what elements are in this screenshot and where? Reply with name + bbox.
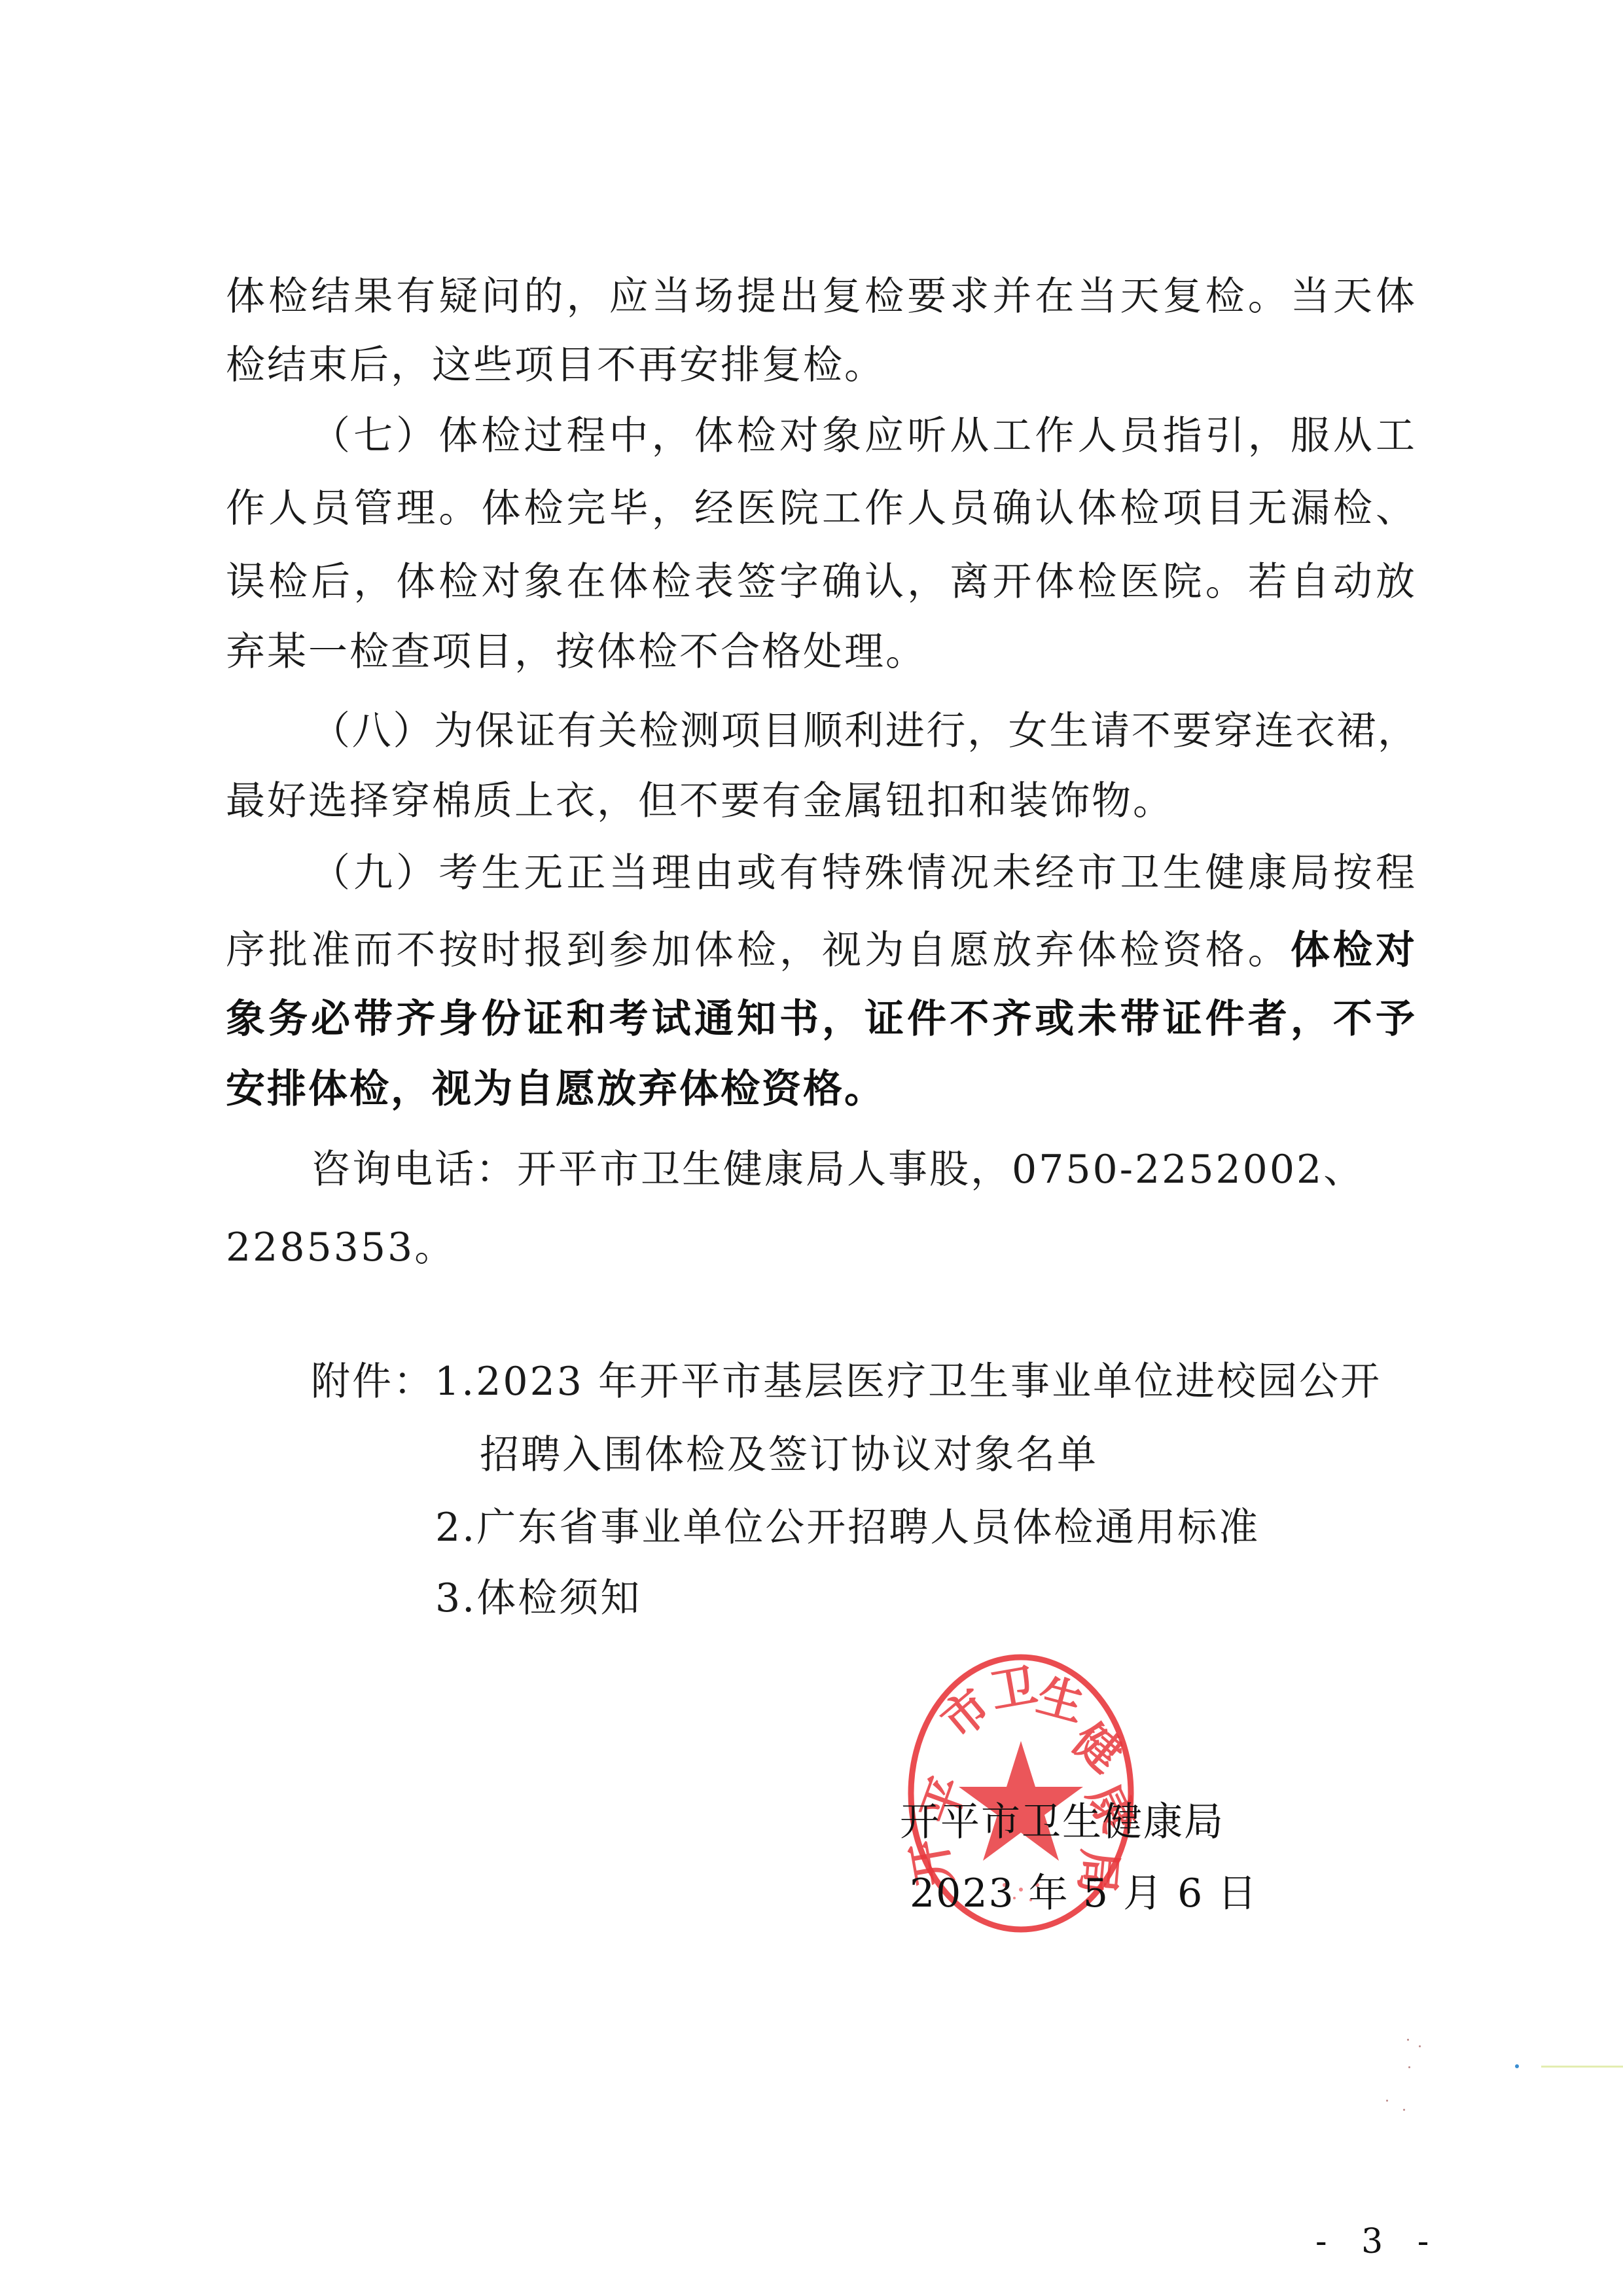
item-8-line: 最好选择穿棉质上衣，但不要有金属钮扣和装饰物。: [226, 765, 1174, 837]
scan-speck: [1403, 2109, 1405, 2111]
attachment-item-1: 附件：1.2023 年开平市基层医疗卫生事业单位进校园公开: [311, 1346, 1382, 1418]
svg-text:卫: 卫: [987, 1659, 1041, 1719]
item-8-line: （八）为保证有关检测项目顺利进行，女生请不要穿连衣裙，: [311, 695, 1417, 767]
item-7-line: 误检后，体检对象在体检表签字确认，离开体检医院。若自动放: [226, 546, 1417, 618]
scan-speck: [1419, 2045, 1421, 2047]
scan-artifact-line: [1541, 2066, 1623, 2068]
attachment-item-3: 3.体检须知: [435, 1562, 641, 1634]
item-7-line: 弃某一检查项目，按体检不合格处理。: [226, 616, 927, 688]
paragraph-line: 检结束后，这些项目不再安排复检。: [226, 329, 885, 401]
attachment-number: 1.: [435, 1359, 476, 1405]
item-9-line: 序批准而不按时报到参加体检，视为自愿放弃体检资格。体检对: [226, 914, 1417, 986]
scan-artifact-dot: [1515, 2064, 1519, 2068]
item-9-normal-text: 序批准而不按时报到参加体检，视为自愿放弃体检资格。: [226, 927, 1291, 973]
svg-text:健: 健: [1062, 1712, 1132, 1783]
contact-line: 咨询电话：开平市卫生健康局人事股，0750-2252002、: [311, 1134, 1364, 1206]
issue-date: 2023 年 5 月 6 日: [910, 1857, 1258, 1929]
contact-line: 2285353。: [226, 1211, 455, 1283]
scan-speck: [1408, 2066, 1410, 2068]
svg-text:市: 市: [931, 1679, 1001, 1749]
scan-speck: [1386, 2100, 1388, 2102]
attachment-title: 2023 年开平市基层医疗卫生事业单位进校园公开: [476, 1359, 1382, 1405]
item-9-bold-line: 安排体检，视为自愿放弃体检资格。: [226, 1053, 885, 1125]
attachment-number: 2.: [435, 1505, 476, 1551]
attachments-label: 附件：: [311, 1359, 435, 1405]
attachment-item-2: 2.广东省事业单位公开招聘人员体检通用标准: [435, 1492, 1260, 1564]
attachment-title-continued: 招聘入围体检及签订协议对象名单: [480, 1419, 1098, 1491]
svg-text:生: 生: [1031, 1668, 1090, 1732]
attachment-title: 体检须知: [476, 1575, 641, 1621]
issuing-organization: 开平市卫生健康局: [900, 1786, 1224, 1858]
attachment-title: 广东省事业单位公开招聘人员体检通用标准: [476, 1505, 1260, 1551]
item-9-bold-line: 象务必带齐身份证和考试通知书，证件不齐或未带证件者，不予: [226, 983, 1417, 1055]
item-7-line: （七）体检过程中，体检对象应听从工作人员指引，服从工: [311, 400, 1417, 472]
attachment-number: 3.: [435, 1575, 476, 1621]
item-9-bold-text: 体检对: [1291, 927, 1417, 973]
item-7-line: 作人员管理。体检完毕，经医院工作人员确认体检项目无漏检、: [226, 473, 1417, 545]
scan-speck: [1407, 2039, 1409, 2041]
item-9-line: （九）考生无正当理由或有特殊情况未经市卫生健康局按程: [311, 837, 1417, 909]
paragraph-line: 体检结果有疑问的，应当场提出复检要求并在当天复检。当天体: [226, 260, 1417, 332]
page-number: - 3 -: [1315, 2215, 1440, 2268]
document-page: 体检结果有疑问的，应当场提出复检要求并在当天复检。当天体 检结束后，这些项目不再…: [0, 0, 1623, 2296]
